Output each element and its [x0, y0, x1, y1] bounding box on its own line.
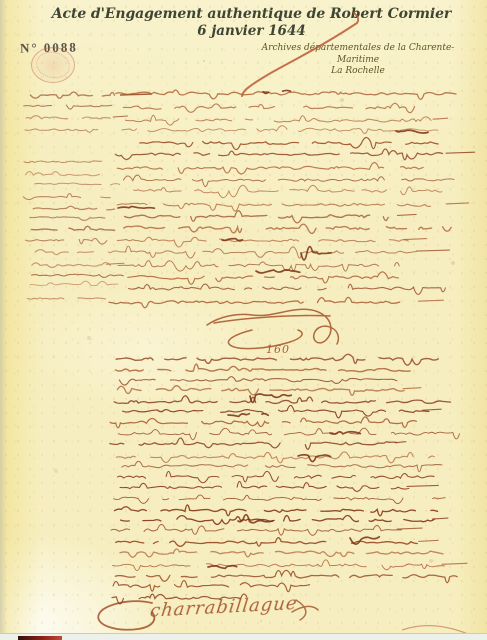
handwriting-layer: [0, 0, 487, 640]
page-number: 160: [266, 343, 290, 356]
signature-text: charrabillague: [149, 593, 299, 622]
age-spots: [0, 0, 2, 2]
cursive-text-lines: [23, 90, 474, 604]
paper-grain-texture: [0, 0, 487, 633]
archive-name: Archives départementales de la Charente-…: [250, 43, 466, 66]
adjacent-document-edge: [18, 636, 62, 640]
document-title: Acte d'Engagement authentique de Robert …: [0, 6, 487, 22]
archive-attribution: Archives départementales de la Charente-…: [250, 43, 466, 78]
opening-dash: [120, 94, 152, 95]
archive-city: La Rochelle: [250, 66, 466, 78]
archive-round-stamp: [31, 47, 75, 83]
document-scan: Acte d'Engagement authentique de Robert …: [0, 0, 487, 640]
signature-paraph-loop: [98, 601, 154, 629]
parchment-page: Acte d'Engagement authentique de Robert …: [0, 0, 487, 633]
document-date: 6 janvier 1644: [0, 23, 487, 39]
scan-bottom-edge: [0, 633, 487, 640]
